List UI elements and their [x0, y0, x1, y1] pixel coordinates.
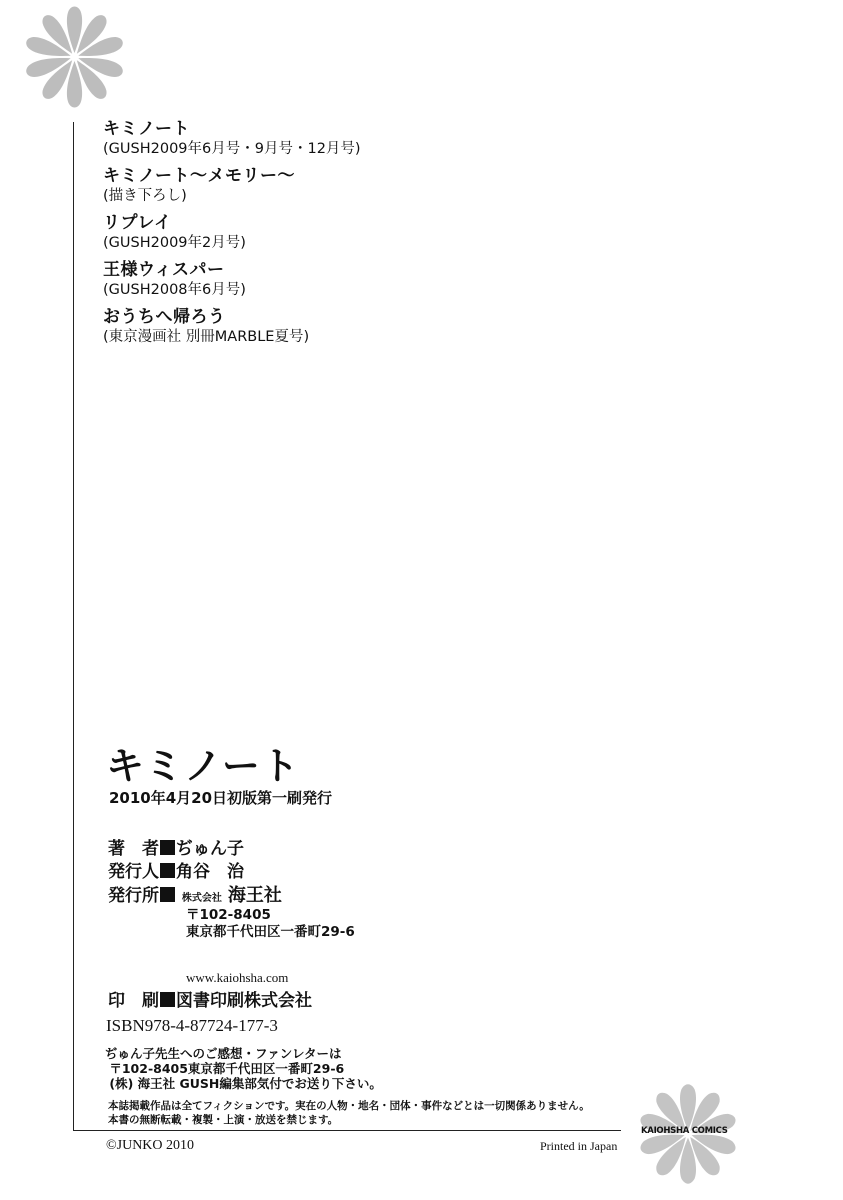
square-bullet-icon [160, 840, 175, 855]
story-title: キミノート [103, 118, 523, 140]
square-bullet-icon [160, 863, 175, 878]
disclaimer-line: 本書の無断転載・複製・上演・放送を禁じます。 [108, 1113, 590, 1127]
website-link[interactable]: www.kaiohsha.com [186, 970, 288, 986]
publisher-name: 海王社 [228, 885, 282, 906]
square-bullet-icon [160, 992, 175, 1007]
story-item: 王様ウィスパー (GUSH2008年6月号) [103, 259, 523, 300]
disclaimer: 本誌掲載作品は全てフィクションです。実在の人物・地名・団体・事件などとは一切関係… [108, 1099, 590, 1127]
story-title: 王様ウィスパー [103, 259, 523, 281]
publisher-person-name: 角谷 治 [176, 862, 244, 882]
fanmail-line: ぢゅん子先生へのご感想・ファンレターは [105, 1046, 382, 1061]
fanmail-line: 〒102-8405東京都千代田区一番町29-6 [105, 1061, 382, 1076]
story-source: (描き下ろし) [103, 187, 523, 206]
fanmail-line: (株) 海王社 GUSH編集部気付でお送り下さい。 [105, 1076, 382, 1091]
publisher-label: 発行所 [108, 886, 159, 906]
vertical-rule [73, 122, 74, 1130]
edition-date: 2010年4月20日初版第一刷発行 [109, 788, 332, 808]
author-row: 著 者ぢゅん子 [108, 838, 282, 861]
book-title: キミノート [106, 744, 300, 788]
story-source: (東京漫画社 別冊MARBLE夏号) [103, 328, 523, 347]
publisher-person-row: 発行人角谷 治 [108, 861, 282, 884]
publisher-prefix: 株式会社 [182, 893, 222, 904]
publisher-address: 東京都千代田区一番町29-6 [186, 923, 355, 941]
publisher-person-label: 発行人 [108, 862, 159, 882]
credits: 著 者ぢゅん子 発行人角谷 治 発行所 株式会社海王社 [108, 838, 282, 910]
printed-in-japan: Printed in Japan [540, 1137, 617, 1155]
story-list: キミノート (GUSH2009年6月号・9月号・12月号) キミノート〜メモリー… [103, 118, 523, 353]
disclaimer-line: 本誌掲載作品は全てフィクションです。実在の人物・地名・団体・事件などとは一切関係… [108, 1099, 590, 1113]
printer-row: 印 刷図書印刷株式会社 [108, 990, 312, 1013]
story-item: おうちへ帰ろう (東京漫画社 別冊MARBLE夏号) [103, 306, 523, 347]
printer-label: 印 刷 [108, 991, 159, 1011]
printer-name: 図書印刷株式会社 [176, 991, 312, 1011]
fanmail-notice: ぢゅん子先生へのご感想・ファンレターは 〒102-8405東京都千代田区一番町2… [105, 1046, 382, 1091]
story-item: キミノート (GUSH2009年6月号・9月号・12月号) [103, 118, 523, 159]
isbn: ISBN978-4-87724-177-3 [106, 1015, 278, 1037]
horizontal-rule [73, 1130, 621, 1131]
story-title: リプレイ [103, 212, 523, 234]
flower-logo-icon [12, 2, 137, 112]
brand-label: KAIOHSHA COMICS [641, 1126, 728, 1136]
story-item: キミノート〜メモリー〜 (描き下ろし) [103, 165, 523, 206]
postal-code: 〒102-8405 [186, 906, 271, 924]
story-source: (GUSH2009年2月号) [103, 234, 523, 253]
copyright: ©JUNKO 2010 [106, 1137, 194, 1155]
author-name: ぢゅん子 [176, 839, 244, 859]
story-source: (GUSH2008年6月号) [103, 281, 523, 300]
author-label: 著 者 [108, 839, 159, 859]
story-title: キミノート〜メモリー〜 [103, 165, 523, 187]
story-title: おうちへ帰ろう [103, 306, 523, 328]
story-item: リプレイ (GUSH2009年2月号) [103, 212, 523, 253]
square-bullet-icon [160, 887, 175, 902]
story-source: (GUSH2009年6月号・9月号・12月号) [103, 140, 523, 159]
